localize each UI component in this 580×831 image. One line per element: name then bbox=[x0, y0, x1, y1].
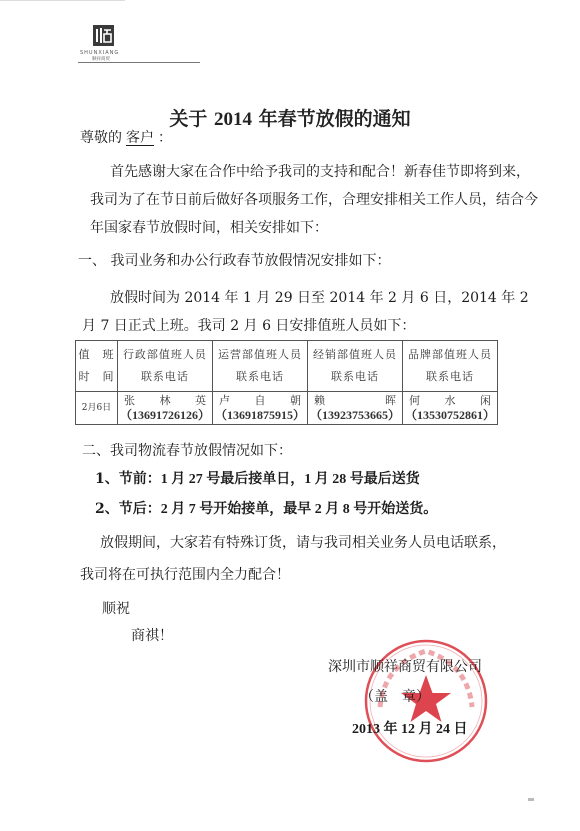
closing-regards: 顺祝 bbox=[102, 598, 130, 618]
name-char: 赖 bbox=[314, 393, 325, 408]
name-char: 何 bbox=[409, 393, 420, 408]
staff-name: 赖 晖 bbox=[310, 393, 400, 408]
header-cell-operations: 运营部值班人员 联系电话 bbox=[212, 341, 307, 392]
staff-name: 张 林 英 bbox=[120, 393, 210, 408]
company-logo-icon bbox=[93, 25, 114, 46]
header-cell-admin: 行政部值班人员 联系电话 bbox=[117, 341, 212, 392]
staff-phone: （13923753665） bbox=[310, 408, 400, 423]
header-cell-distribution: 经销部值班人员 联系电话 bbox=[307, 341, 402, 392]
date-text: 2013 年 12 月 24 日 bbox=[352, 722, 468, 737]
header-line1: 品牌部值班人员 bbox=[405, 344, 495, 366]
header-line1: 经销部值班人员 bbox=[310, 344, 400, 366]
item-label: 2、节后： bbox=[95, 501, 161, 517]
staff-name: 何 水 闲 bbox=[405, 393, 495, 408]
duty-staff-brand: 何 水 闲 （13530752861） bbox=[402, 392, 497, 425]
name-char: 晖 bbox=[385, 393, 396, 408]
staff-name: 卢 自 朝 bbox=[215, 393, 305, 408]
item-text: 1 月 27 号最后接单日，1 月 28 号最后送货 bbox=[161, 472, 420, 487]
name-char: 林 bbox=[159, 393, 170, 408]
header-line2: 联系电话 bbox=[405, 366, 495, 388]
scan-edge-line bbox=[0, 0, 125, 1]
title-suffix: 年春节放假的通知 bbox=[259, 108, 411, 130]
intro-paragraph: 首先感谢大家在合作中给予我司的支持和配合！新春佳节即将到来，我司为了在节日前后做… bbox=[90, 158, 538, 242]
name-char: 水 bbox=[444, 393, 455, 408]
header-line1: 运营部值班人员 bbox=[215, 344, 305, 366]
closing-wish: 商祺！ bbox=[131, 625, 173, 645]
header-line1: 行政部值班人员 bbox=[120, 344, 210, 366]
name-char: 闲 bbox=[480, 393, 491, 408]
item-text: 2 月 7 号开始接单，最早 2 月 8 号开始送货。 bbox=[161, 502, 438, 517]
duty-roster-table: 值 班 时 间 行政部值班人员 联系电话 运营部值班人员 联系电话 经销部值班人… bbox=[75, 340, 498, 425]
staff-phone: （13691875915） bbox=[215, 408, 305, 423]
salutation-colon: ： bbox=[158, 130, 172, 146]
name-char: 卢 bbox=[219, 393, 230, 408]
name-char: 英 bbox=[195, 393, 206, 408]
salutation-recipient: 客户 bbox=[122, 130, 158, 146]
table-row: 2月6日 张 林 英 （13691726126） 卢 自 朝 （13691875… bbox=[76, 392, 498, 425]
letterhead-divider bbox=[78, 62, 200, 63]
header-line2: 时 间 bbox=[78, 366, 115, 388]
logistics-item-before: 1、节前：1 月 27 号最后接单日，1 月 28 号最后送货 bbox=[95, 468, 420, 488]
section1-schedule: 放假时间为 2014 年 1 月 29 日至 2014 年 2 月 6 日，20… bbox=[82, 284, 542, 340]
closing-line1: 放假期间，大家若有特殊订货，请与我司相关业务人员电话联系， bbox=[100, 532, 506, 552]
name-char: 张 bbox=[124, 393, 135, 408]
section2-heading: 二、我司物流春节放假情况如下： bbox=[82, 440, 292, 460]
section1-heading: 一、 我司业务和办公行政春节放假情况安排如下： bbox=[78, 250, 390, 270]
staff-phone: （13530752861） bbox=[405, 408, 495, 423]
name-char: 自 bbox=[254, 393, 265, 408]
duty-staff-operations: 卢 自 朝 （13691875915） bbox=[212, 392, 307, 425]
signature-date: 2013 年 12 月 24 日 bbox=[352, 718, 468, 738]
table-header-row: 值 班 时 间 行政部值班人员 联系电话 运营部值班人员 联系电话 经销部值班人… bbox=[76, 341, 498, 392]
header-line1: 值 班 bbox=[78, 344, 115, 366]
schedule-text: 放假时间为 2014 年 1 月 29 日至 2014 年 2 月 6 日，20… bbox=[82, 290, 529, 334]
header-line2: 联系电话 bbox=[310, 366, 400, 388]
salutation: 尊敬的客户： bbox=[80, 127, 172, 147]
header-cell-brand: 品牌部值班人员 联系电话 bbox=[402, 341, 497, 392]
intro-text: 首先感谢大家在合作中给予我司的支持和配合！新春佳节即将到来，我司为了在节日前后做… bbox=[90, 164, 538, 236]
header-line2: 联系电话 bbox=[215, 366, 305, 388]
closing-line2: 我司将在可执行范围内全力配合！ bbox=[80, 564, 290, 584]
duty-staff-admin: 张 林 英 （13691726126） bbox=[117, 392, 212, 425]
logistics-item-after: 2、节后：2 月 7 号开始接单，最早 2 月 8 号开始送货。 bbox=[95, 498, 437, 518]
header-cell-time: 值 班 时 间 bbox=[76, 341, 118, 392]
duty-date: 2月6日 bbox=[76, 392, 118, 425]
scan-speck bbox=[528, 798, 534, 801]
company-name: 深圳市顺祥商贸有限公司 bbox=[328, 656, 482, 676]
name-char: 朝 bbox=[290, 393, 301, 408]
duty-staff-distribution: 赖 晖 （13923753665） bbox=[307, 392, 402, 425]
seal-note: （盖 章） bbox=[360, 686, 430, 706]
item-label: 1、节前： bbox=[95, 471, 161, 487]
title-prefix: 关于 bbox=[169, 108, 207, 130]
title-year: 2014 bbox=[214, 109, 252, 130]
salutation-lead: 尊敬的 bbox=[80, 130, 122, 146]
header-line2: 联系电话 bbox=[120, 366, 210, 388]
staff-phone: （13691726126） bbox=[120, 408, 210, 423]
